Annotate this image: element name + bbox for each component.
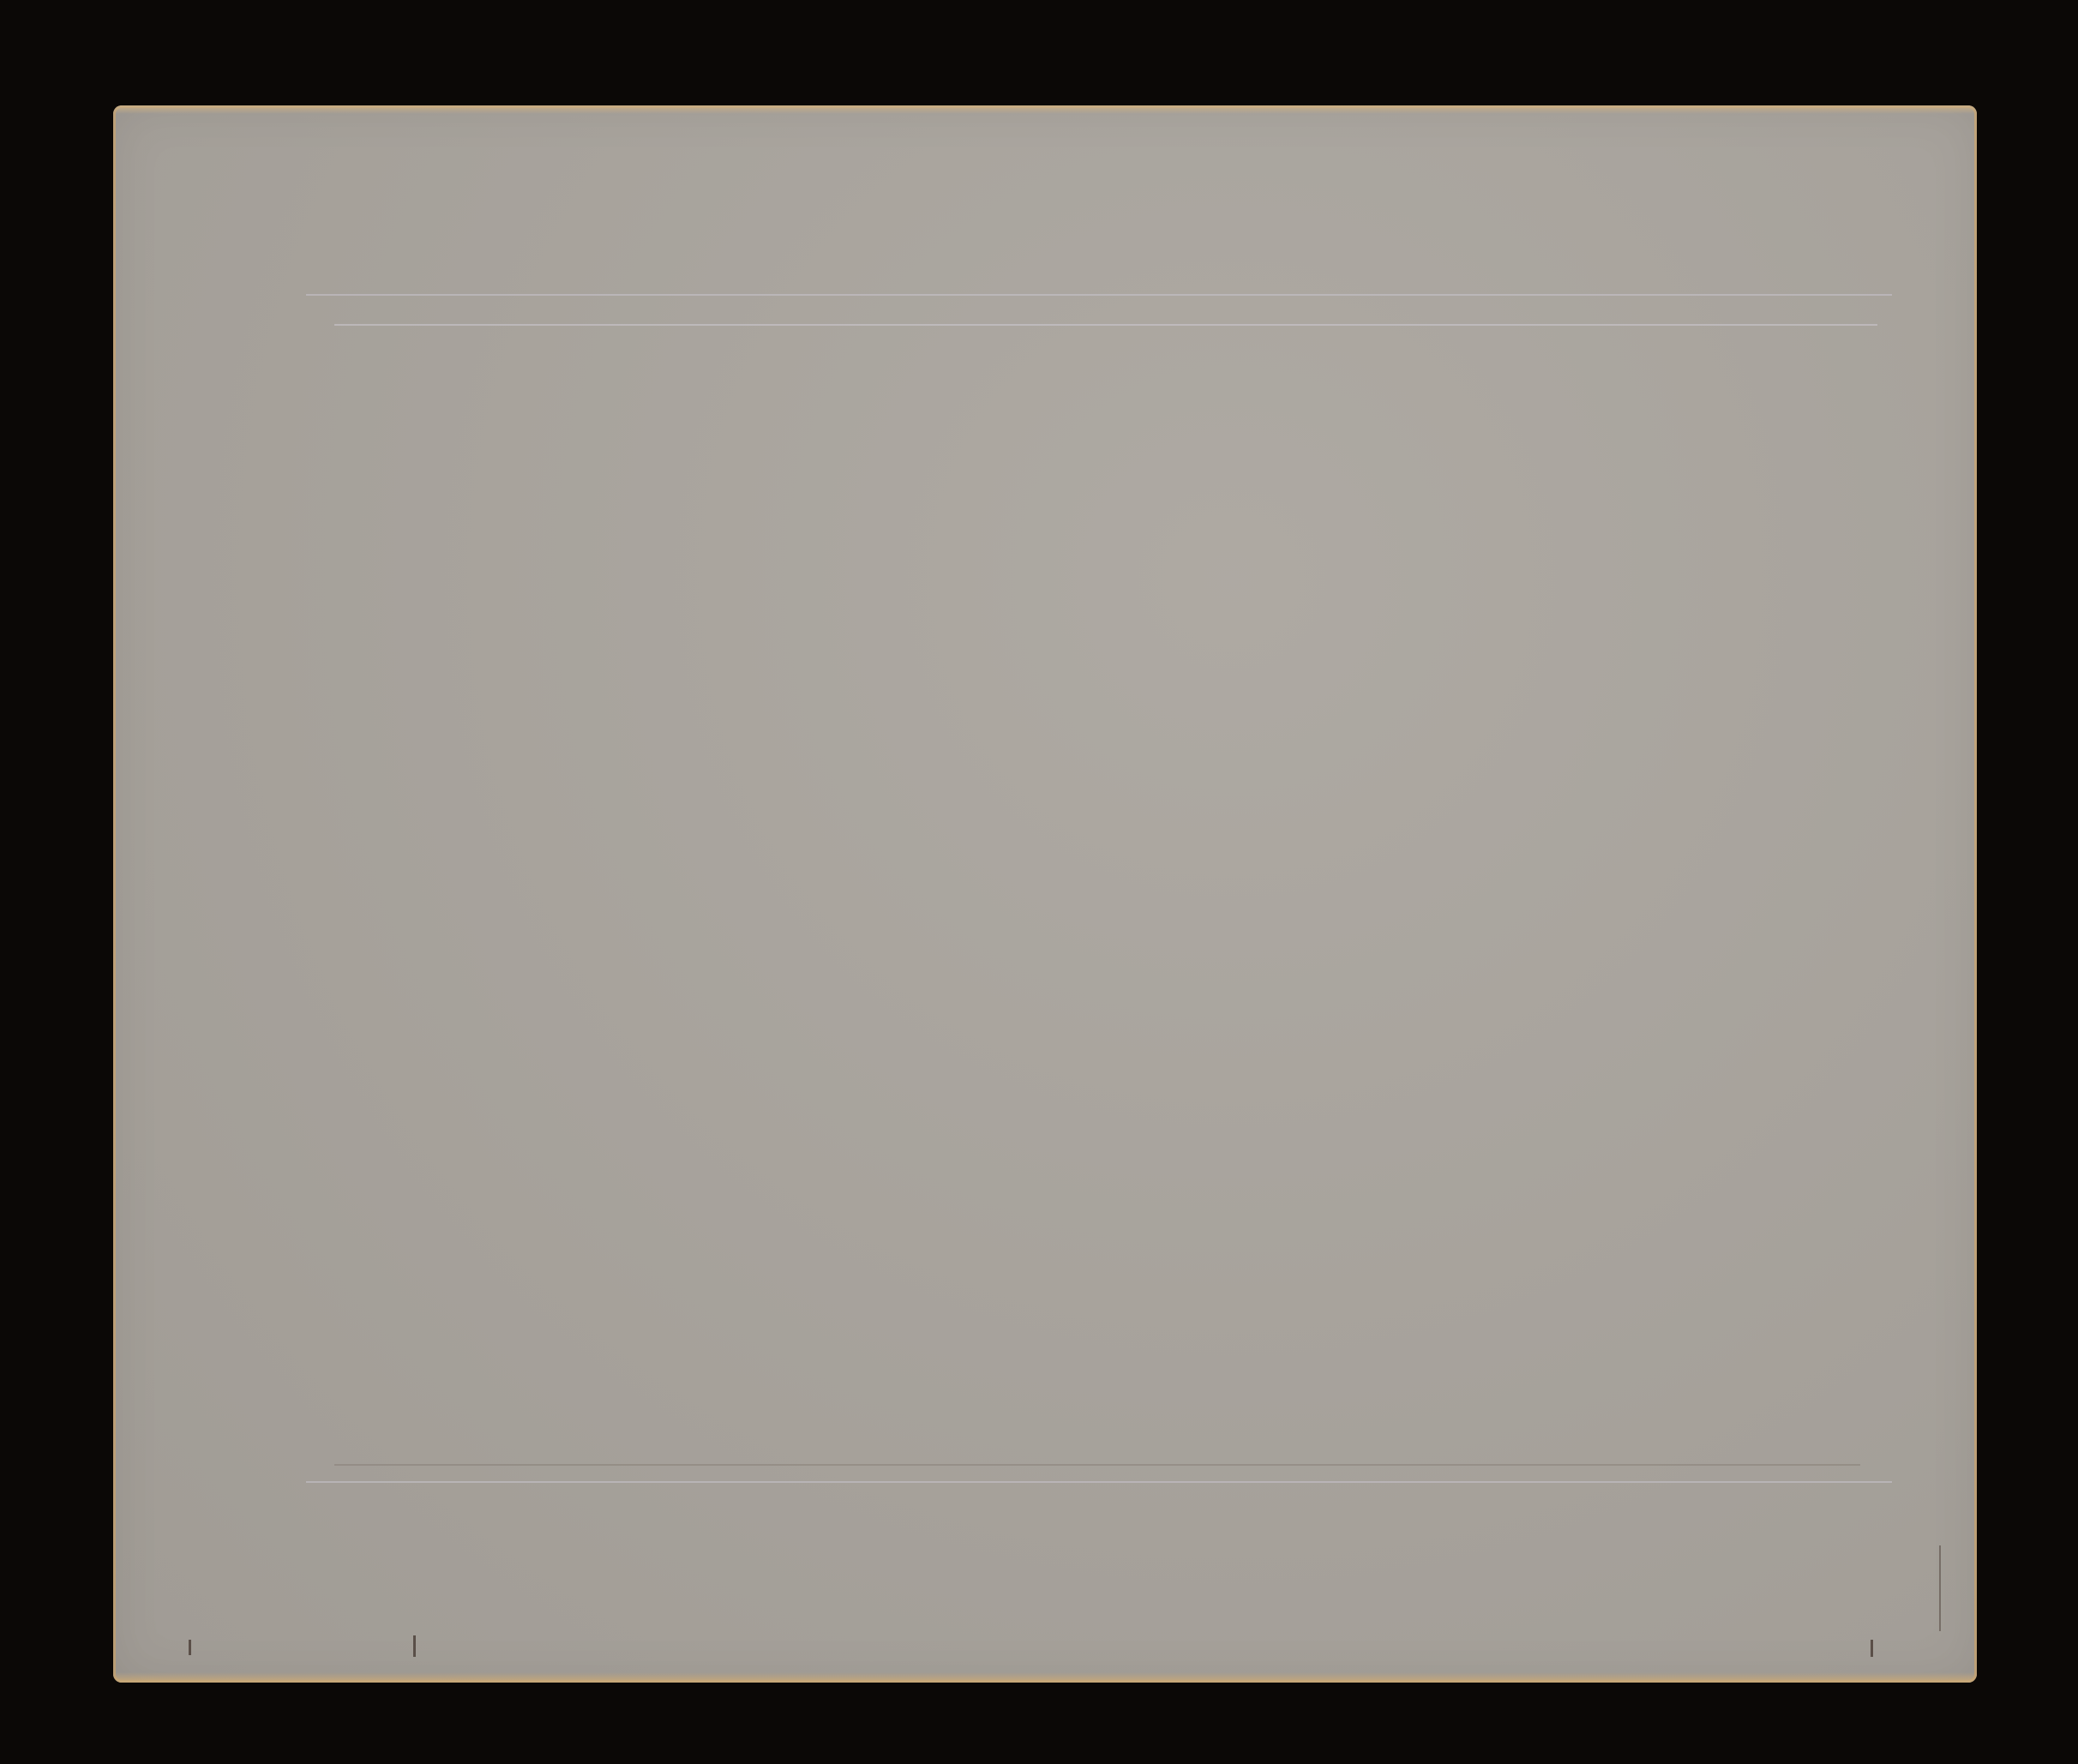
pencil-mark (189, 1640, 191, 1655)
top-edge-wear (113, 105, 1977, 114)
mount-card (113, 105, 1977, 1683)
emboss-line-bottom-inner (334, 1464, 1860, 1466)
pencil-mark (1939, 1545, 1941, 1631)
bottom-edge-wear (113, 1672, 1977, 1683)
emboss-line-top-outer (306, 294, 1892, 296)
emboss-line-top-inner (334, 324, 1877, 326)
emboss-line-bottom-outer (306, 1481, 1892, 1483)
pencil-mark (1871, 1640, 1873, 1657)
pencil-mark (413, 1635, 416, 1657)
